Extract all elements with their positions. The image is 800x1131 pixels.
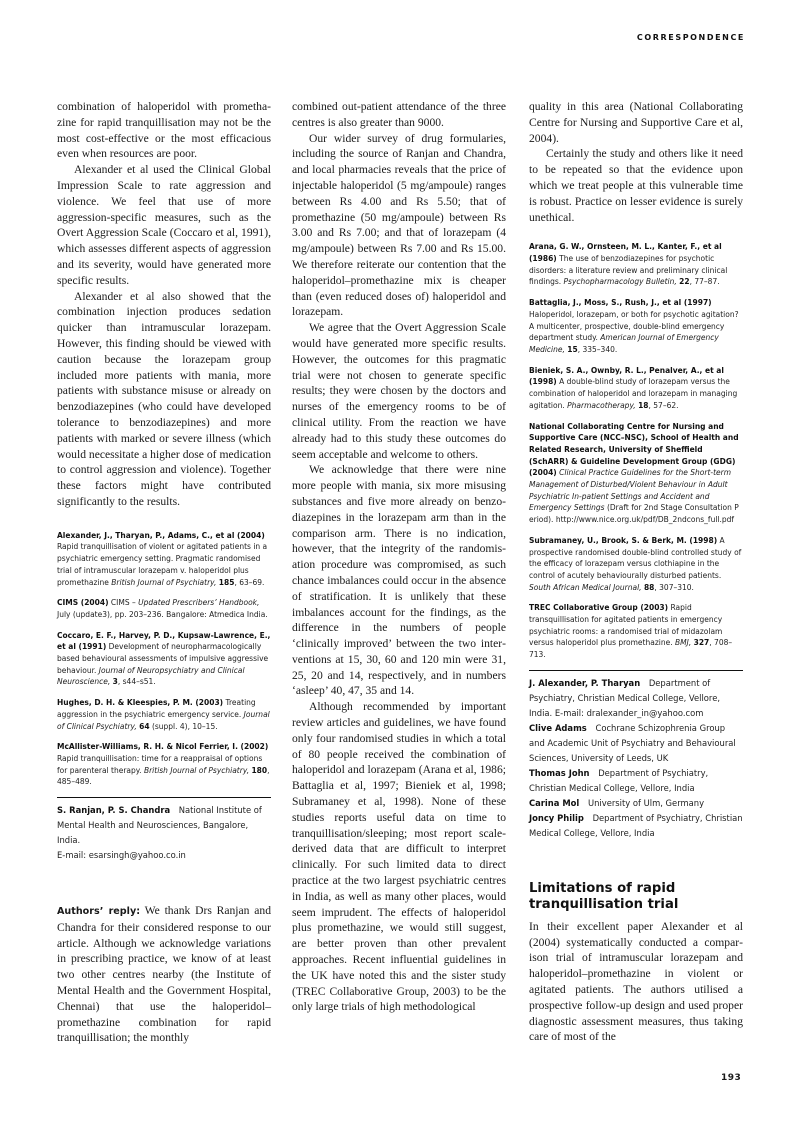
- reference-journal: South African Medical Journal,: [529, 583, 642, 592]
- reference-authors: Hughes, D. H. & Kleespies, P. M. (2003): [57, 698, 223, 707]
- reference-volume: 327: [694, 638, 710, 647]
- author-affiliation: University of Ulm, Germany: [588, 798, 704, 808]
- author-signature: J. Alexander, P. Tharyan Department of P…: [529, 676, 743, 721]
- section-title: Limitations of rapid tranquillisation tr…: [529, 881, 743, 913]
- paragraph: We agree that the Overt Aggression Scale…: [292, 320, 506, 462]
- reference-volume: 88: [644, 583, 654, 592]
- column-1: combination of haloperidol with prometha…: [57, 99, 271, 1046]
- reference-authors: CIMS (2004): [57, 598, 109, 607]
- paragraph: Although recommended by important review…: [292, 699, 506, 1015]
- author-names: Carina Mol: [529, 798, 579, 808]
- reference-pages: July (update3), pp. 203–236. Bangalore: …: [57, 610, 268, 619]
- reference-pages: , 77–87.: [690, 277, 720, 286]
- reference-volume: 185: [219, 578, 235, 587]
- reference-pages: , 63–69.: [234, 578, 264, 587]
- author-email: E-mail: esarsingh@yahoo.co.in: [57, 850, 186, 860]
- divider: [57, 797, 271, 798]
- author-signature: Carina Mol University of Ulm, Germany: [529, 796, 743, 811]
- paragraph: Our wider survey of drug formularies, in…: [292, 131, 506, 321]
- author-names: Joncy Philip: [529, 813, 584, 823]
- reference-journal: Pharmacotherapy,: [567, 401, 636, 410]
- reference-authors: Subramaney, U., Brook, S. & Berk, M. (19…: [529, 536, 717, 545]
- reference-title: CIMS –: [111, 598, 136, 607]
- reference-volume: 64: [139, 722, 149, 731]
- author-names: Thomas John: [529, 768, 590, 778]
- divider: [529, 670, 743, 671]
- reference-pages: , 57–62.: [649, 401, 679, 410]
- paragraph: combination of haloperidol with prometha…: [57, 99, 271, 162]
- reference-item: Subramaney, U., Brook, S. & Berk, M. (19…: [529, 535, 743, 594]
- reference-item: TREC Collaborative Group (2003) Rapid tr…: [529, 602, 743, 661]
- reference-volume: 180: [251, 766, 267, 775]
- reference-item: McAllister-Williams, R. H. & Nicol Ferri…: [57, 741, 271, 788]
- reference-item: Coccaro, E. F., Harvey, P. D., Kupsaw-La…: [57, 630, 271, 689]
- reference-pages: , 307–310.: [654, 583, 694, 592]
- author-names: J. Alexander, P. Tharyan: [529, 678, 640, 688]
- author-signature: Thomas John Department of Psychiatry, Ch…: [529, 766, 743, 796]
- paragraph: combined out-patient attendance of the t…: [292, 99, 506, 131]
- author-names: Clive Adams: [529, 723, 587, 733]
- reference-journal: Psychopharmacology Bulletin,: [564, 277, 677, 286]
- reference-authors: TREC Collaborative Group (2003): [529, 603, 668, 612]
- running-head: CORRESPONDENCE: [637, 33, 745, 42]
- authors-reply: Authors’ reply: We thank Drs Ranjan and …: [57, 903, 271, 1046]
- reference-journal: Updated Prescribers’ Handbook,: [138, 598, 259, 607]
- paragraph: Certainly the study and others like it n…: [529, 146, 743, 225]
- reference-journal: BMJ,: [675, 638, 691, 647]
- reference-list: Arana, G. W., Ornsteen, M. L., Kanter, F…: [529, 241, 743, 661]
- paragraph: We acknowledge that there were nine more…: [292, 462, 506, 699]
- author-names: S. Ranjan, P. S. Chandra: [57, 805, 170, 815]
- reference-volume: 18: [638, 401, 648, 410]
- reference-item: Alexander, J., Tharyan, P., Adams, C., e…: [57, 530, 271, 589]
- paragraph: In their excellent paper Alexander et al…: [529, 919, 743, 1045]
- paragraph: Alexander et al used the Clinical Global…: [57, 162, 271, 288]
- author-signatures: J. Alexander, P. Tharyan Department of P…: [529, 676, 743, 841]
- column-3: quality in this area (National Collabora…: [529, 99, 743, 1045]
- reference-item: Bieniek, S. A., Ownby, R. L., Penalver, …: [529, 365, 743, 412]
- reference-item: Arana, G. W., Ornsteen, M. L., Kanter, F…: [529, 241, 743, 288]
- reference-authors: Battaglia, J., Moss, S., Rush, J., et al…: [529, 298, 712, 307]
- reference-authors: Alexander, J., Tharyan, P., Adams, C., e…: [57, 531, 265, 540]
- reference-pages: , 335–340.: [578, 345, 618, 354]
- reference-item: CIMS (2004) CIMS – Updated Prescribers’ …: [57, 597, 271, 620]
- reference-item: Hughes, D. H. & Kleespies, P. M. (2003) …: [57, 697, 271, 732]
- page-number: 193: [721, 1073, 741, 1083]
- column-2: combined out-patient attendance of the t…: [292, 99, 506, 1015]
- reply-label: Authors’ reply:: [57, 906, 140, 917]
- author-signature: Clive Adams Cochrane Schizophrenia Group…: [529, 721, 743, 766]
- reply-text: We thank Drs Ranjan and Chandra for thei…: [57, 904, 271, 1044]
- reference-journal: British Journal of Psychiatry,: [111, 578, 216, 587]
- author-signature: S. Ranjan, P. S. Chandra National Instit…: [57, 803, 271, 863]
- reference-list: Alexander, J., Tharyan, P., Adams, C., e…: [57, 530, 271, 788]
- reference-volume: 22: [679, 277, 689, 286]
- paragraph: Alexander et al also showed that the com…: [57, 289, 271, 510]
- reference-pages: , s44–s51.: [118, 677, 156, 686]
- reference-item: National Collaborating Centre for Nursin…: [529, 421, 743, 526]
- reference-volume: 15: [567, 345, 577, 354]
- reference-item: Battaglia, J., Moss, S., Rush, J., et al…: [529, 297, 743, 356]
- paragraph: quality in this area (National Collabora…: [529, 99, 743, 146]
- reference-authors: McAllister-Williams, R. H. & Nicol Ferri…: [57, 742, 268, 751]
- reference-journal: British Journal of Psychiatry,: [144, 766, 249, 775]
- reference-pages: (suppl. 4), 10–15.: [150, 722, 218, 731]
- author-signature: Joncy Philip Department of Psychiatry, C…: [529, 811, 743, 841]
